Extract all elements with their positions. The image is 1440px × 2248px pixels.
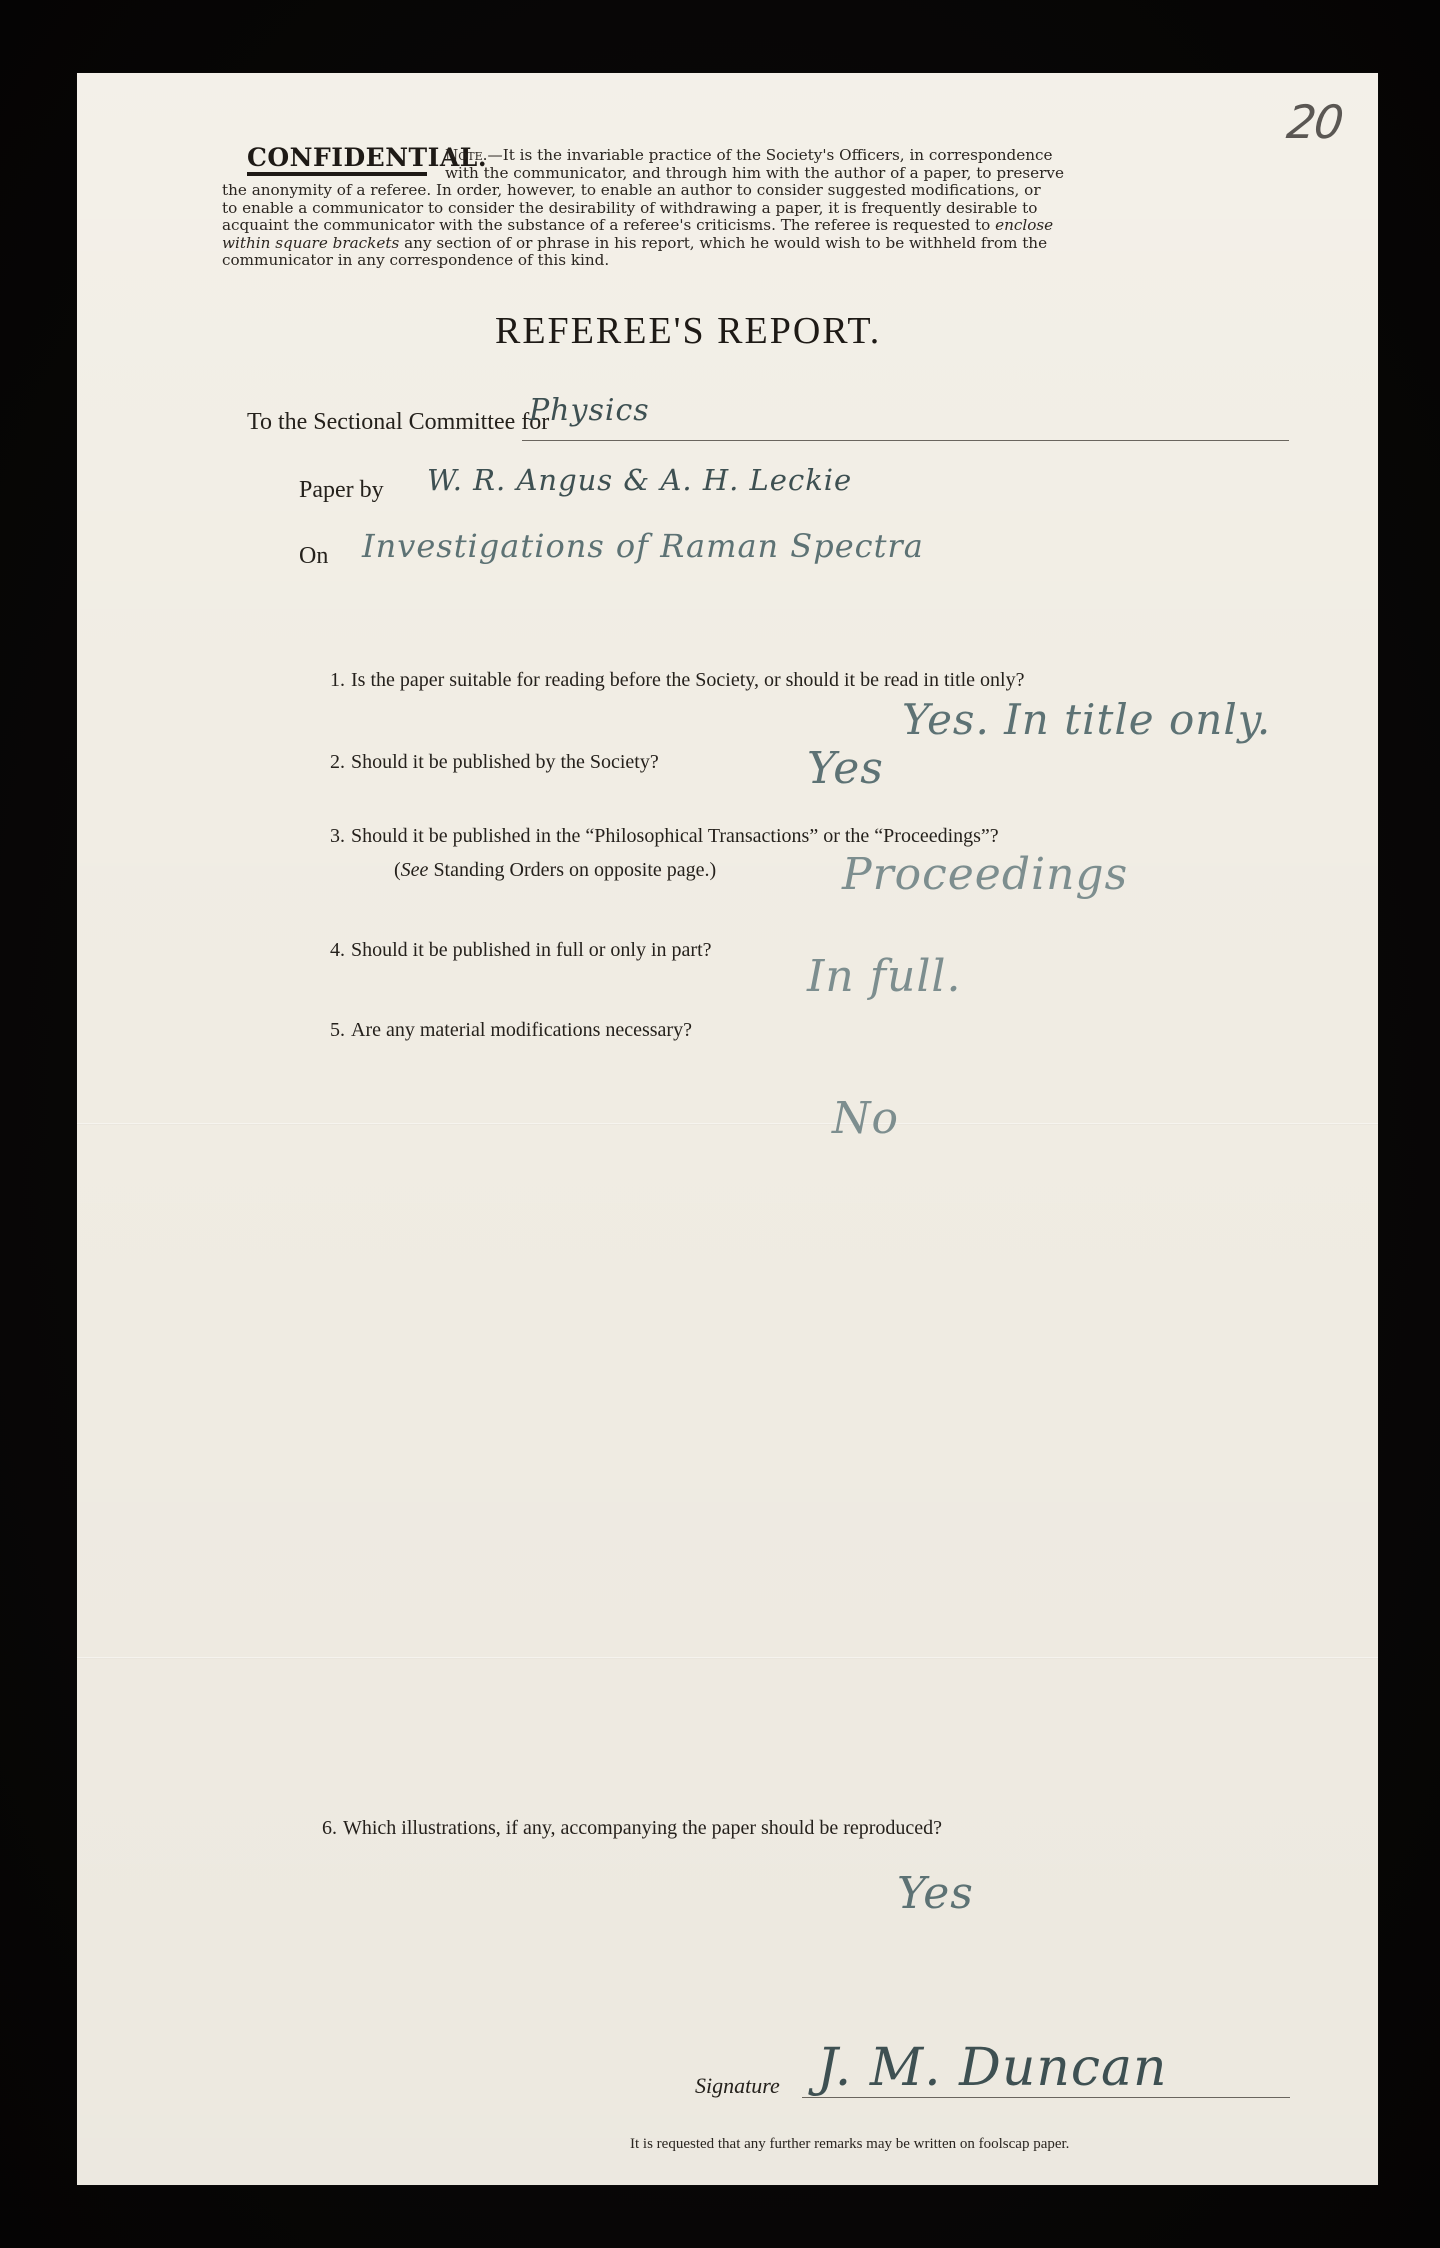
question-text: Which illustrations, if any, accompanyin… [343, 1817, 942, 1839]
note-label: Note. [445, 146, 488, 164]
report-title: REFEREE'S REPORT. [495, 309, 881, 353]
note-emphasis: enclose [995, 216, 1053, 234]
signature-value: J. M. Duncan [817, 2038, 1167, 2098]
answer-3: Proceedings [842, 849, 1128, 900]
page-number: 20 [1284, 95, 1344, 149]
question-text: Should it be published in full or only i… [351, 939, 712, 961]
confidentiality-note-lead: Note.—It is the invariable practice of t… [445, 147, 925, 182]
question-1: 1.Is the paper suitable for reading befo… [330, 669, 1025, 692]
answer-6: Yes [897, 1868, 974, 1919]
committee-label: To the Sectional Committee for [247, 409, 549, 436]
question-text: Is the paper suitable for reading before… [351, 669, 1025, 691]
on-value: Investigations of Raman Spectra [362, 527, 924, 565]
note-line: acquaint the communicator with the subst… [222, 216, 995, 234]
committee-value: Physics [529, 393, 650, 428]
fold-crease-upper [77, 1123, 1378, 1125]
question-3-note: (See Standing Orders on opposite page.) [394, 859, 716, 882]
question-5: 5.Are any material modifications necessa… [330, 1019, 692, 1042]
footnote: It is requested that any further remarks… [630, 2136, 1069, 2153]
note-line: —It is the invariable practice of the So… [488, 146, 1053, 164]
question-2: 2.Should it be published by the Society? [330, 751, 659, 774]
confidentiality-note-body: the anonymity of a referee. In order, ho… [222, 182, 927, 270]
answer-2: Yes [807, 743, 884, 794]
confidential-underline [247, 172, 427, 176]
note-emphasis: within square brackets [222, 234, 399, 252]
on-label: On [299, 543, 328, 570]
question-text: Should it be published in the “Philosoph… [351, 825, 999, 847]
answer-1: Yes. In title only. [902, 695, 1271, 744]
question-text: Should it be published by the Society? [351, 751, 659, 773]
note-line: any section of or phrase in his report, … [399, 234, 1047, 252]
note-line: communicator in any correspondence of th… [222, 252, 927, 270]
signature-label: Signature [695, 2073, 780, 2099]
paper-by-label: Paper by [299, 477, 384, 504]
note-line: with the communicator, and through him w… [445, 164, 1064, 182]
question-3: 3.Should it be published in the “Philoso… [330, 825, 999, 848]
referee-report-sheet: 20 CONFIDENTIAL. Note.—It is the invaria… [77, 73, 1378, 2185]
note-line: the anonymity of a referee. In order, ho… [222, 182, 927, 200]
question-6: 6.Which illustrations, if any, accompany… [322, 1817, 942, 1840]
fold-crease-lower [77, 1657, 1378, 1659]
committee-underline [522, 440, 1289, 441]
question-text: Are any material modifications necessary… [351, 1019, 692, 1041]
question-4: 4.Should it be published in full or only… [330, 939, 712, 962]
answer-4: In full. [807, 951, 961, 1002]
note-line: to enable a communicator to consider the… [222, 200, 927, 218]
answer-5: No [832, 1093, 899, 1144]
paper-by-value: W. R. Angus & A. H. Leckie [427, 463, 852, 497]
